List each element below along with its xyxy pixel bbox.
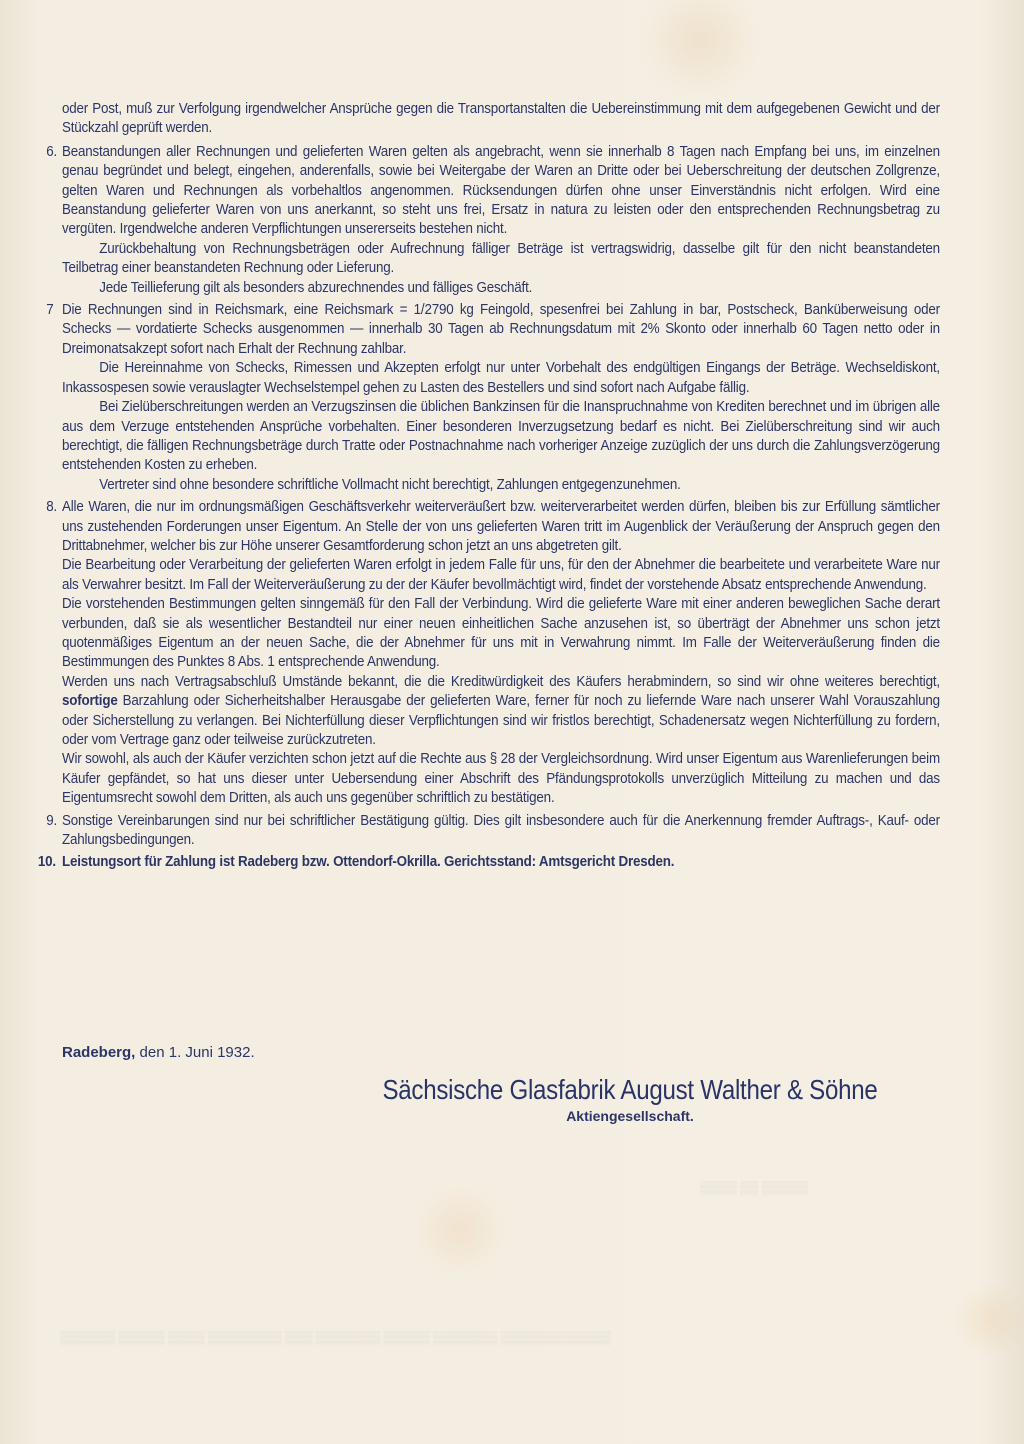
item-paragraph: Beanstandungen aller Rechnungen und geli… bbox=[62, 143, 940, 240]
bleed-through-texture: ▒▒▒▒ ▒▒ ▒▒▒▒▒ bbox=[700, 1180, 808, 1196]
item-paragraph: Werden uns nach Vertragsabschluß Umständ… bbox=[62, 673, 940, 751]
item-paragraph: Wir sowohl, als auch der Käufer verzicht… bbox=[62, 750, 940, 808]
terms-item-9: 9. Sonstige Vereinbarungen sind nur bei … bbox=[62, 812, 940, 851]
item-paragraph: Zurückbehaltung von Rechnungsbeträgen od… bbox=[62, 240, 940, 279]
item-number: 9. bbox=[46, 812, 57, 831]
company-signature: Sächsische Glasfabrik August Walther & S… bbox=[310, 1074, 950, 1124]
terms-item-10: 10. Leistungsort für Zahlung ist Radeber… bbox=[62, 853, 940, 872]
terms-item-8: 8. Alle Waren, die nur im ordnungsmäßige… bbox=[62, 498, 940, 809]
item-paragraph: Bei Zielüberschreitungen werden an Verzu… bbox=[62, 398, 940, 476]
bleed-through-texture: ▒▒▒▒▒▒ ▒▒▒▒▒ ▒▒▒▒ ▒▒▒▒▒▒▒▒ ▒▒▒ ▒▒▒▒▒▒▒ ▒… bbox=[60, 1330, 611, 1346]
emphasis-text: sofortige bbox=[62, 693, 118, 709]
item-paragraph: Jede Teillieferung gilt als besonders ab… bbox=[62, 279, 940, 298]
date: den 1. Juni 1932. bbox=[140, 1044, 255, 1061]
place: Radeberg, bbox=[62, 1044, 135, 1061]
item-number: 6. bbox=[46, 143, 57, 162]
company-name: Sächsische Glasfabrik August Walther & S… bbox=[355, 1074, 905, 1106]
item-number: 7 bbox=[46, 301, 53, 320]
terms-body: oder Post, muß zur Verfolgung irgendwelc… bbox=[62, 100, 940, 873]
item-paragraph: Die vorstehenden Bestimmungen gelten sin… bbox=[62, 595, 940, 673]
date-line: Radeberg, den 1. Juni 1932. bbox=[62, 1044, 255, 1061]
item-paragraph: Vertreter sind ohne besondere schriftlic… bbox=[62, 476, 940, 495]
terms-item-7: 7 Die Rechnungen sind in Reichsmark, ein… bbox=[62, 301, 940, 495]
company-legal-form: Aktiengesellschaft. bbox=[310, 1108, 950, 1124]
item-paragraph: Die Hereinnahme von Schecks, Rimessen un… bbox=[62, 359, 940, 398]
item-number: 8. bbox=[46, 498, 57, 517]
item-paragraph: Leistungsort für Zahlung ist Radeberg bz… bbox=[62, 853, 940, 872]
intro-paragraph: oder Post, muß zur Verfolgung irgendwelc… bbox=[62, 100, 940, 139]
item-number: 10. bbox=[38, 853, 56, 872]
item-paragraph: Sonstige Vereinbarungen sind nur bei sch… bbox=[62, 812, 940, 851]
terms-item-6: 6. Beanstandungen aller Rechnungen und g… bbox=[62, 143, 940, 298]
document-page: ▒▒▒▒ ▒▒ ▒▒▒▒▒ ▒▒▒▒▒▒ ▒▒▒▒▒ ▒▒▒▒ ▒▒▒▒▒▒▒▒… bbox=[0, 0, 1024, 1444]
item-paragraph: Die Bearbeitung oder Verarbeitung der ge… bbox=[62, 556, 940, 595]
item-paragraph: Alle Waren, die nur im ordnungsmäßigen G… bbox=[62, 498, 940, 556]
item-paragraph: Die Rechnungen sind in Reichsmark, eine … bbox=[62, 301, 940, 359]
